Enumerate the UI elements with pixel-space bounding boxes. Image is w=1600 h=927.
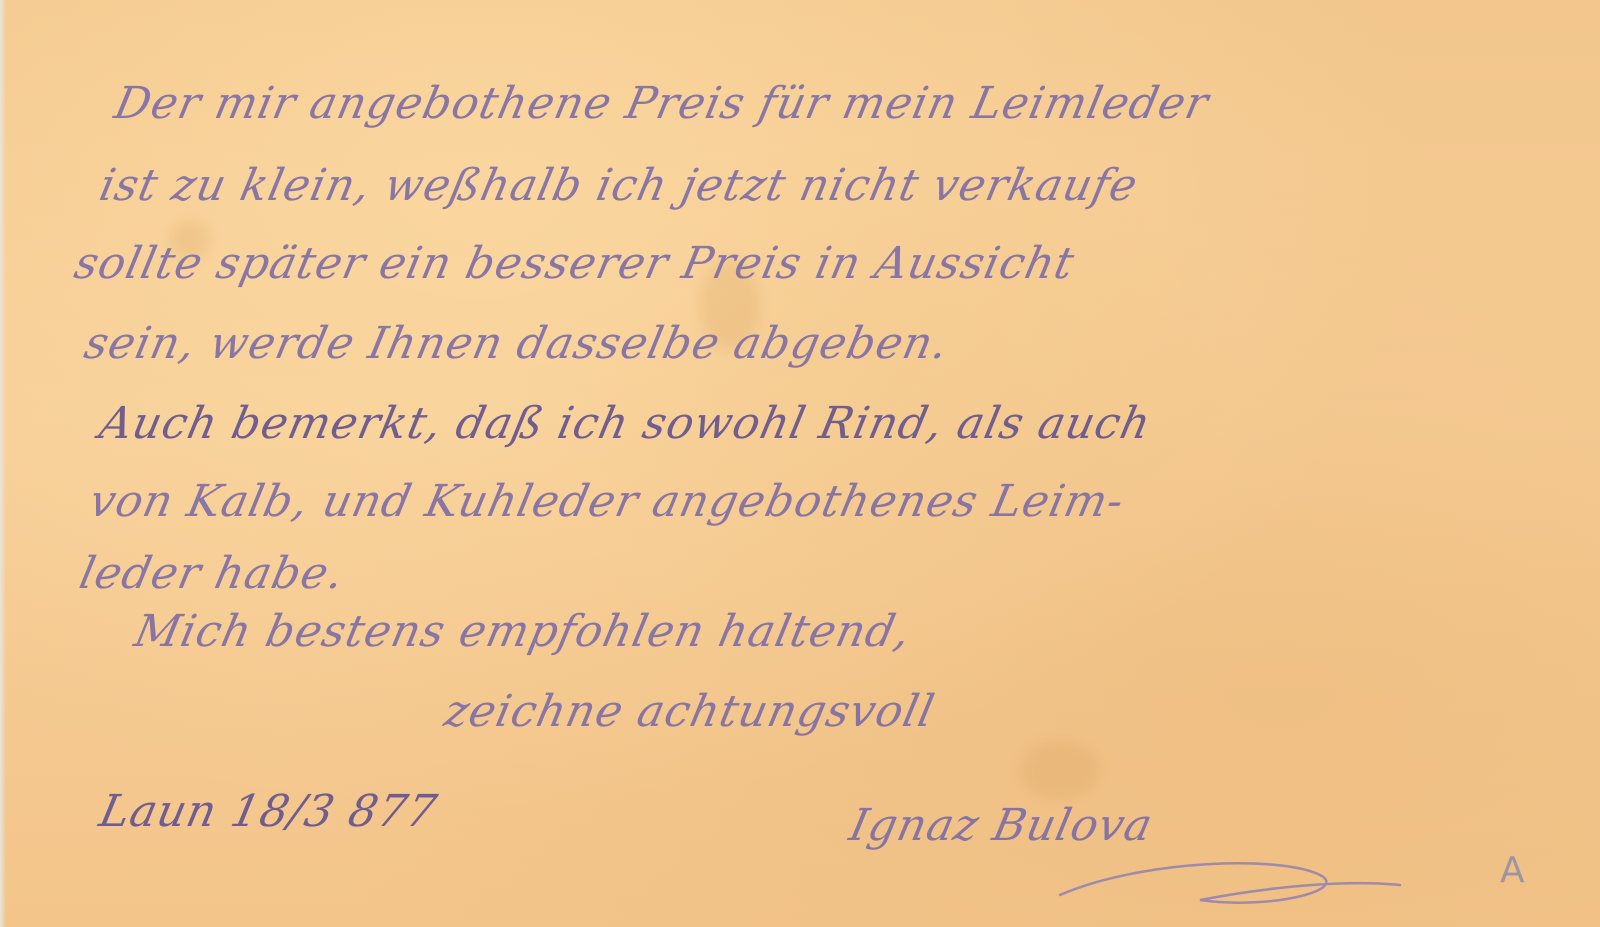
closing-line-2: zeichne achtungsvoll [440,686,939,737]
body-line-6: von Kalb, und Kuhleder angebothenes Leim… [85,476,1129,527]
corner-mark: A [1500,850,1525,891]
signature-flourish [1020,855,1410,915]
body-line-4: sein, werde Ihnen dasselbe abgeben. [80,318,953,369]
body-line-3: sollte später ein besserer Preis in Auss… [70,238,1079,289]
body-line-2: ist zu klein, weßhalb ich jetzt nicht ve… [95,160,1143,211]
place-date: Laun 18/3 877 [95,786,442,837]
paper-stain [1020,740,1100,800]
paper-edge [0,0,6,927]
body-line-7: leder habe. [75,548,349,599]
body-line-1: Der mir angebothene Preis für mein Leiml… [110,78,1213,129]
closing-line-1: Mich bestens empfohlen haltend, [130,606,916,657]
signature: Ignaz Bulova [845,800,1157,851]
body-line-5: Auch bemerkt, daß ich sowohl Rind, als a… [95,398,1156,449]
